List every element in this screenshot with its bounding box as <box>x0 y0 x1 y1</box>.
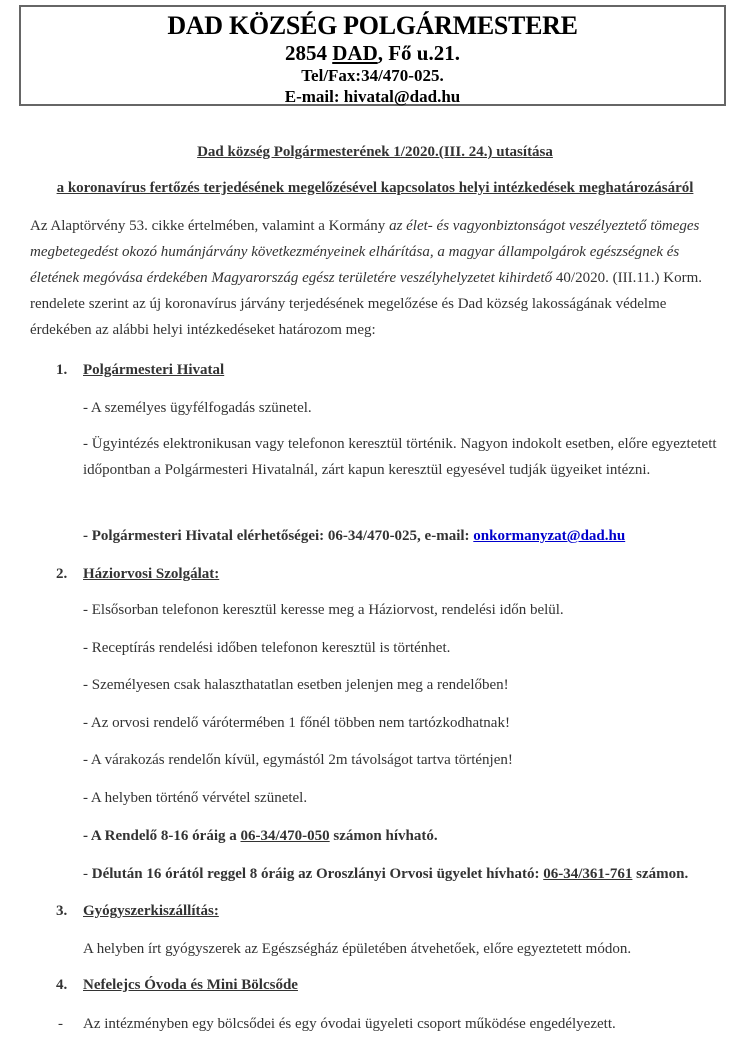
section-heading-4: 4.Nefelejcs Óvoda és Mini Bölcsőde <box>56 977 298 994</box>
list-item: - Elsősorban telefonon keresztül keresse… <box>83 597 723 623</box>
contact-line: - Polgármesteri Hivatal elérhetőségei: 0… <box>83 523 723 549</box>
phone-line-2: - Délután 16 órától reggel 8 óráig az Or… <box>83 861 743 887</box>
list-item: - A helyben történő vérvétel szünetel. <box>83 785 723 811</box>
intro-paragraph: Az Alaptörvény 53. cikke értelmében, val… <box>30 213 730 343</box>
phone-number: 06-34/361-761 <box>543 866 632 882</box>
list-item: - Receptírás rendelési időben telefonon … <box>83 635 723 661</box>
section-heading-2: 2.Háziorvosi Szolgálat: <box>56 566 219 583</box>
letterhead-telfax: Tel/Fax:34/470-025. <box>21 65 724 86</box>
document-title: Dad község Polgármesterének 1/2020.(III.… <box>0 144 750 161</box>
section-heading-1: 1.Polgármesteri Hivatal <box>56 362 224 379</box>
section-heading-3: 3.Gyógyszerkiszállítás: <box>56 903 219 920</box>
letterhead-address: 2854 DAD, Fő u.21. <box>21 41 724 65</box>
document-subtitle: a koronavírus fertőzés terjedésének mege… <box>0 180 750 197</box>
list-item: -Az intézményben egy bölcsődei és egy óv… <box>58 1016 616 1033</box>
list-item: - A várakozás rendelőn kívül, egymástól … <box>83 747 723 773</box>
email-link[interactable]: onkormanyzat@dad.hu <box>473 528 625 544</box>
list-item: - Az orvosi rendelő várótermében 1 főnél… <box>83 710 723 736</box>
letterhead-title: DAD KÖZSÉG POLGÁRMESTERE <box>21 11 724 41</box>
list-item: - A személyes ügyfélfogadás szünetel. <box>83 395 723 421</box>
phone-line-1: - A Rendelő 8-16 óráig a 06-34/470-050 s… <box>83 823 723 849</box>
town-name: DAD <box>332 41 378 65</box>
list-item: - Személyesen csak halaszthatatlan esetb… <box>83 672 723 698</box>
phone-number: 06-34/470-050 <box>241 828 330 844</box>
letterhead-email: E-mail: hivatal@dad.hu <box>21 86 724 107</box>
section-text: A helyben írt gyógyszerek az Egészségház… <box>83 936 723 962</box>
list-item: - Ügyintézés elektronikusan vagy telefon… <box>83 431 723 483</box>
letterhead-box: DAD KÖZSÉG POLGÁRMESTERE 2854 DAD, Fő u.… <box>19 5 726 106</box>
